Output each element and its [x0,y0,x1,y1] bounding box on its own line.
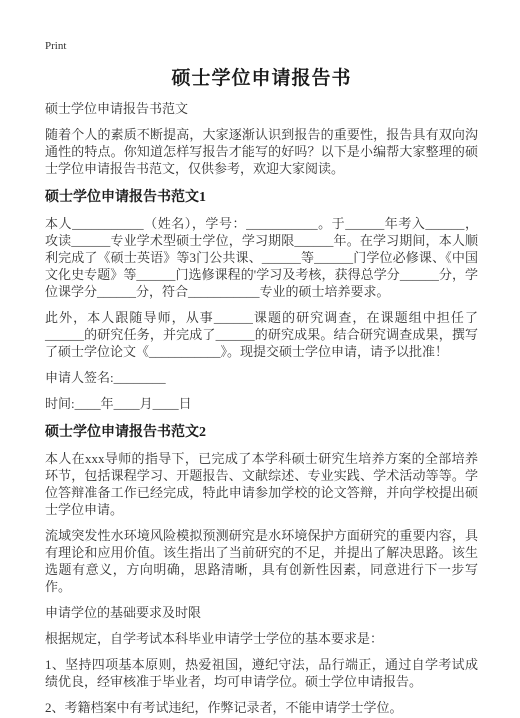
date-line: 时间:____年____月____日 [45,395,478,412]
requirement-item-2: 2、考籍档案中有考试违纪，作弊记录者，不能申请学士学位。 [45,699,478,716]
document-page: Print 硕士学位申请报告书 硕士学位申请报告书范文 随着个人的素质不断提高，… [0,0,520,718]
section1-heading: 硕士学位申请报告书范文1 [45,189,478,206]
doc-subtitle: 硕士学位申请报告书范文 [45,100,478,117]
requirements-intro: 根据规定，自学考试本科毕业申请学士学位的基本要求是： [45,630,478,647]
section2-paragraph-1: 本人在xxx导师的指导下，已完成了本学科硕士研究生培养方案的全部培养环节，包括课… [45,450,478,518]
section2-heading: 硕士学位申请报告书范文2 [45,424,478,441]
requirements-title: 申请学位的基础要求及时限 [45,604,478,621]
section1-paragraph-1: 本人___________（姓名），学号：___________。于______… [45,215,478,300]
signature-line: 申请人签名:________ [45,369,478,386]
intro-paragraph: 随着个人的素质不断提高，大家逐渐认识到报告的重要性，报告具有双向沟通性的特点。你… [45,126,478,177]
section2-paragraph-2: 流域突发性水环境风险模拟预测研究是水环境保护方面研究的重要内容，具有理论和应用价… [45,527,478,595]
section1-paragraph-2: 此外，本人跟随导师，从事______课题的研究调查，在课题组中担任了______… [45,309,478,360]
print-link[interactable]: Print [45,40,66,53]
requirement-item-1: 1、坚持四项基本原则，热爱祖国，遵纪守法，品行端正，通过自学考试成绩优良，经审核… [45,656,478,690]
page-title: 硕士学位申请报告书 [45,67,478,91]
